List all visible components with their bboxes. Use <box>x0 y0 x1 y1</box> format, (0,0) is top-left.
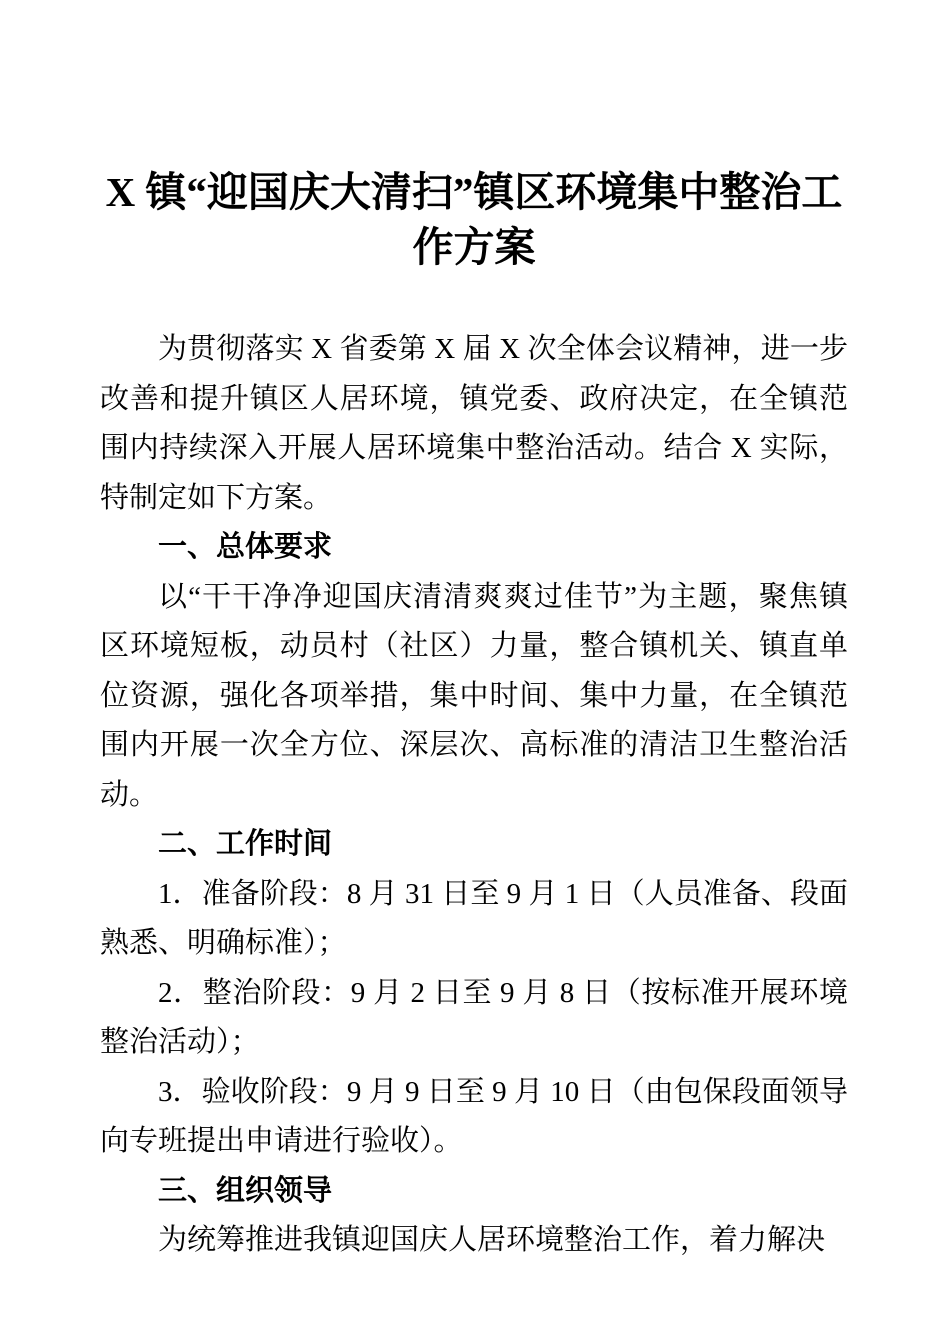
paragraph: 1．准备阶段：8 月 31 日至 9 月 1 日（人员准备、段面熟悉、明确标准）… <box>100 870 848 969</box>
paragraph: 为统筹推进我镇迎国庆人居环境整治工作，着力解决 <box>100 1216 848 1266</box>
paragraph: 以“干干净净迎国庆清清爽爽过佳节”为主题，聚焦镇区环境短板，动员村（社区）力量，… <box>100 573 848 821</box>
section-heading: 一、总体要求 <box>100 523 848 573</box>
document-page: X 镇“迎国庆大清扫”镇区环境集中整治工作方案 为贯彻落实 X 省委第 X 届 … <box>0 0 950 1344</box>
document-title: X 镇“迎国庆大清扫”镇区环境集中整治工作方案 <box>100 165 848 275</box>
section-heading: 三、组织领导 <box>100 1167 848 1217</box>
paragraph: 2．整治阶段：9 月 2 日至 9 月 8 日（按标准开展环境整治活动）； <box>100 969 848 1068</box>
paragraph: 为贯彻落实 X 省委第 X 届 X 次全体会议精神，进一步改善和提升镇区人居环境… <box>100 325 848 523</box>
document-body: 为贯彻落实 X 省委第 X 届 X 次全体会议精神，进一步改善和提升镇区人居环境… <box>100 325 848 1266</box>
section-heading: 二、工作时间 <box>100 820 848 870</box>
paragraph: 3．验收阶段：9 月 9 日至 9 月 10 日（由包保段面领导向专班提出申请进… <box>100 1068 848 1167</box>
